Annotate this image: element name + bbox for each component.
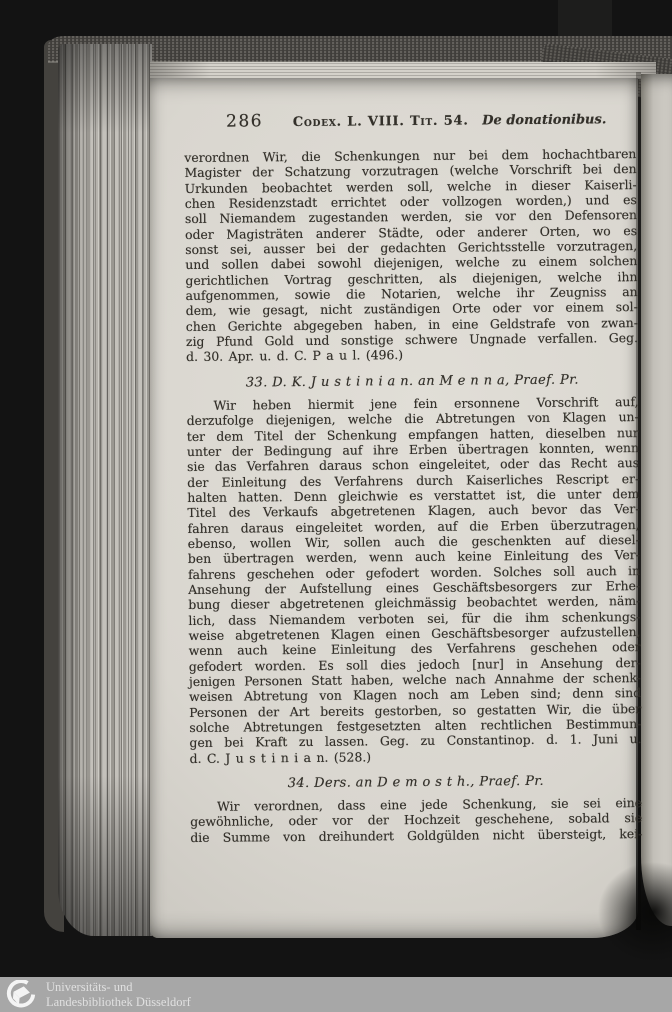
paragraph: Wir heben hiermit jene fein ersonnene Vo…: [186, 394, 641, 766]
running-header-center: Codex. L. VIII. Tit. 54. De donationibus…: [263, 112, 636, 130]
text-line: d. 30. Apr. u. d. C. P a u l. (496.): [186, 346, 638, 365]
page-stack-fore-edge: [58, 44, 152, 936]
printed-text-layer: 286 Codex. L. VIII. Tit. 54. De donation…: [184, 108, 642, 845]
text-block: verordnen Wir, die Schenkungen nur bei d…: [184, 146, 642, 845]
library-name-line1: Universitäts- und: [46, 980, 191, 995]
page-stack-top-edge: [150, 62, 656, 79]
running-header: 286 Codex. L. VIII. Tit. 54. De donation…: [184, 108, 636, 132]
ulb-duesseldorf-logo-icon: [4, 980, 38, 1010]
section-heading: 33. D. K. J u s t i n i a n. an M e n n …: [186, 372, 638, 392]
library-name-line2: Landesbibliothek Düsseldorf: [46, 995, 191, 1010]
page-number: 286: [226, 111, 263, 131]
section-heading: 34. Ders. an D e m o s t h., Praef. Pr.: [190, 773, 642, 793]
paragraph: verordnen Wir, die Schenkungen nur bei d…: [184, 146, 638, 365]
running-header-subtitle: De donationibus.: [482, 112, 606, 128]
library-name: Universitäts- und Landesbibliothek Düsse…: [46, 980, 191, 1009]
library-banner: Universitäts- und Landesbibliothek Düsse…: [0, 977, 672, 1012]
gutter-bottom-shadow: [598, 862, 672, 962]
text-line: d. C. J u s t i n i a n. (528.): [190, 747, 642, 766]
running-header-title: Codex. L. VIII. Tit. 54.: [293, 114, 469, 131]
paragraph: Wir verordnen, dass eine jede Schenkung,…: [190, 795, 642, 845]
facing-page-edge: [641, 74, 672, 926]
book-scan-photo: 286 Codex. L. VIII. Tit. 54. De donation…: [0, 0, 672, 1012]
